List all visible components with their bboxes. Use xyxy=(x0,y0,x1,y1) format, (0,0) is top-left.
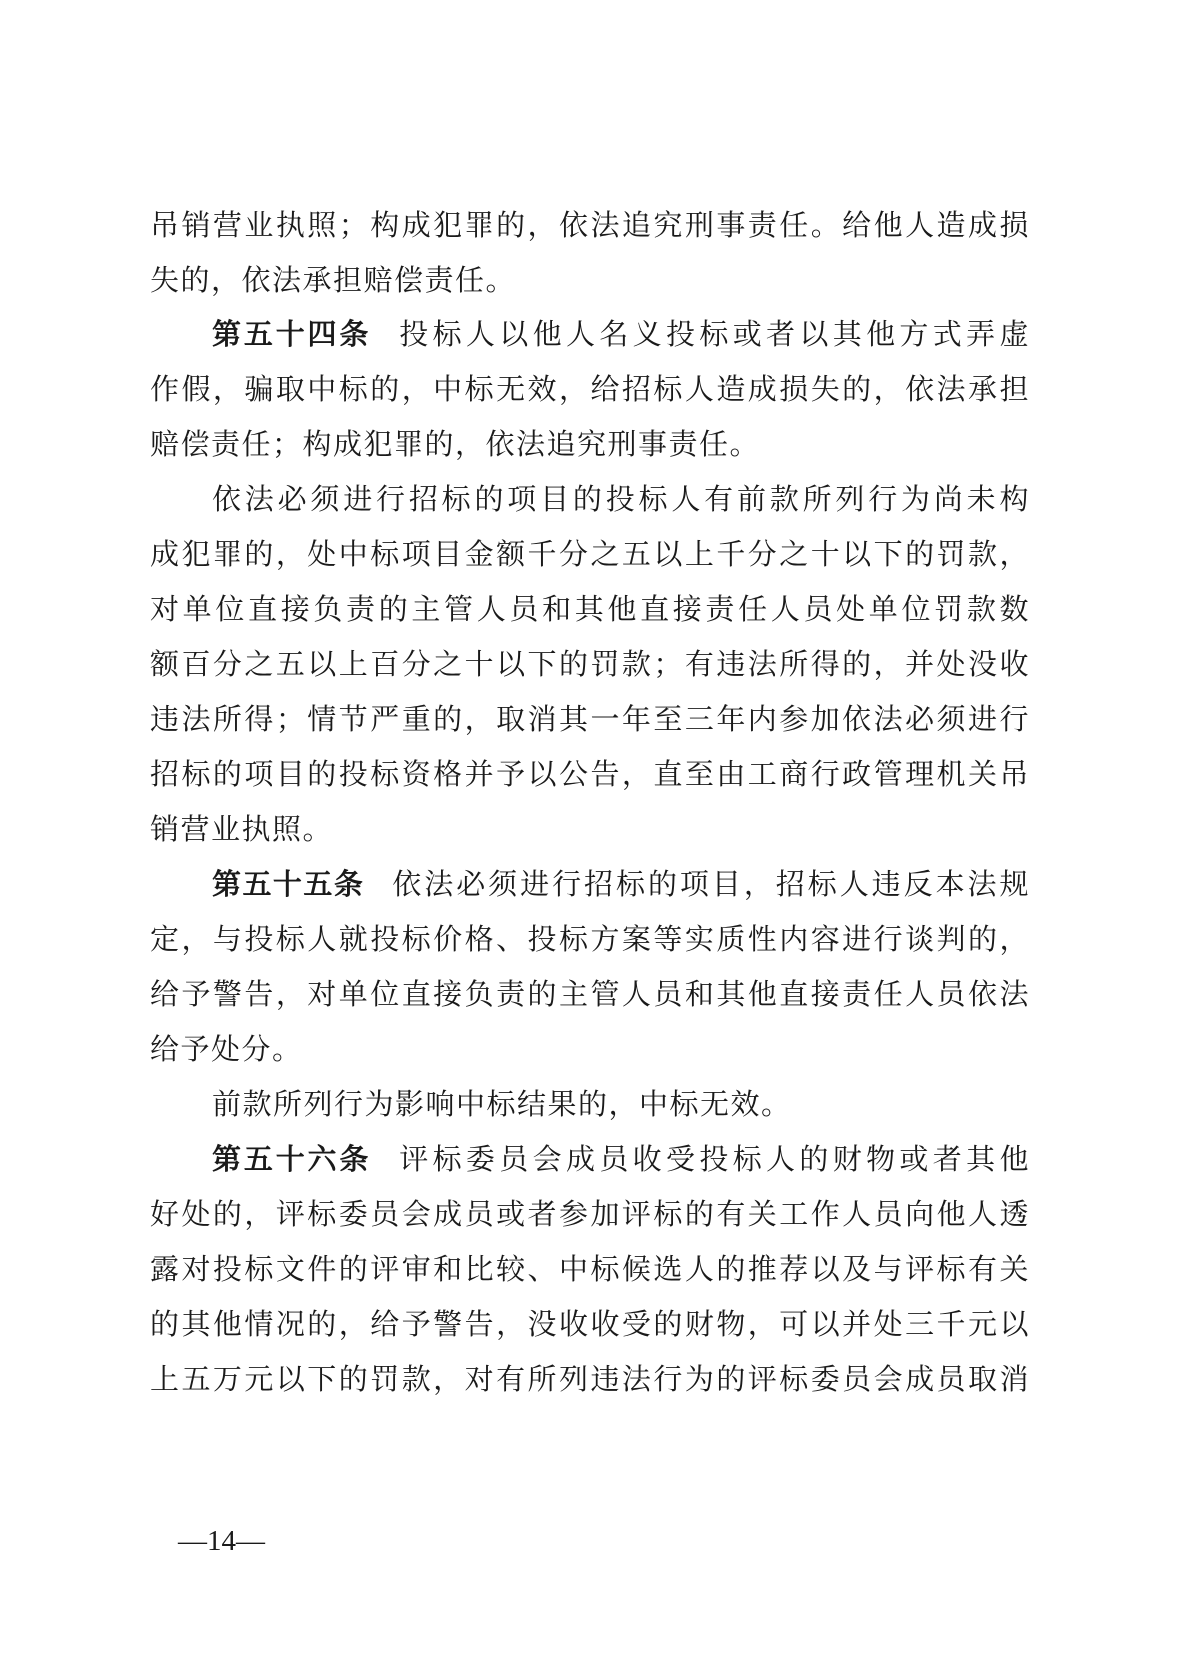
document-page: 吊销营业执照；构成犯罪的，依法追究刑事责任。给他人造成损 失的，依法承担赔偿责任… xyxy=(0,0,1185,1678)
article-55-line: 第五十五条依法必须进行招标的项目，招标人违反本法规 xyxy=(212,864,1030,904)
text-line: 露对投标文件的评审和比较、中标候选人的推荐以及与评标有关 xyxy=(150,1249,1030,1289)
text-line: 作假，骗取中标的，中标无效，给招标人造成损失的，依法承担 xyxy=(150,369,1030,409)
article-54-line: 第五十四条投标人以他人名义投标或者以其他方式弄虚 xyxy=(212,314,1030,354)
text-line: 评标委员会成员收受投标人的财物或者其他 xyxy=(399,1142,1030,1176)
text-line: 失的，依法承担赔偿责任。 xyxy=(150,260,1030,300)
text-line: 销营业执照。 xyxy=(150,809,1030,849)
text-line: 招标的项目的投标资格并予以公告，直至由工商行政管理机关吊 xyxy=(150,754,1030,794)
text-line: 赔偿责任；构成犯罪的，依法追究刑事责任。 xyxy=(150,424,1030,464)
article-56-line: 第五十六条评标委员会成员收受投标人的财物或者其他 xyxy=(212,1139,1030,1179)
text-line: 额百分之五以上百分之十以下的罚款；有违法所得的，并处没收 xyxy=(150,644,1030,684)
text-line: 给予处分。 xyxy=(150,1029,1030,1069)
page-number: —14— xyxy=(178,1525,265,1558)
text-line: 成犯罪的，处中标项目金额千分之五以上千分之十以下的罚款， xyxy=(150,534,1030,574)
text-line: 好处的，评标委员会成员或者参加评标的有关工作人员向他人透 xyxy=(150,1194,1030,1234)
text-line: 定，与投标人就投标价格、投标方案等实质性内容进行谈判的， xyxy=(150,919,1030,959)
text-line: 上五万元以下的罚款，对有所列违法行为的评标委员会成员取消 xyxy=(150,1359,1030,1399)
article-heading: 第五十五条 xyxy=(212,867,364,901)
text-line: 违法所得；情节严重的，取消其一年至三年内参加依法必须进行 xyxy=(150,699,1030,739)
article-heading: 第五十六条 xyxy=(212,1142,371,1176)
text-line: 对单位直接负责的主管人员和其他直接责任人员处单位罚款数 xyxy=(150,589,1030,629)
text-line: 依法必须进行招标的项目，招标人违反本法规 xyxy=(392,867,1030,901)
text-line: 投标人以他人名义投标或者以其他方式弄虚 xyxy=(399,317,1030,351)
article-heading: 第五十四条 xyxy=(212,317,371,351)
text-line: 的其他情况的，给予警告，没收收受的财物，可以并处三千元以 xyxy=(150,1304,1030,1344)
text-line: 给予警告，对单位直接负责的主管人员和其他直接责任人员依法 xyxy=(150,974,1030,1014)
text-line: 依法必须进行招标的项目的投标人有前款所列行为尚未构 xyxy=(212,479,1030,519)
text-line: 前款所列行为影响中标结果的，中标无效。 xyxy=(212,1084,1030,1124)
text-line: 吊销营业执照；构成犯罪的，依法追究刑事责任。给他人造成损 xyxy=(150,205,1030,245)
